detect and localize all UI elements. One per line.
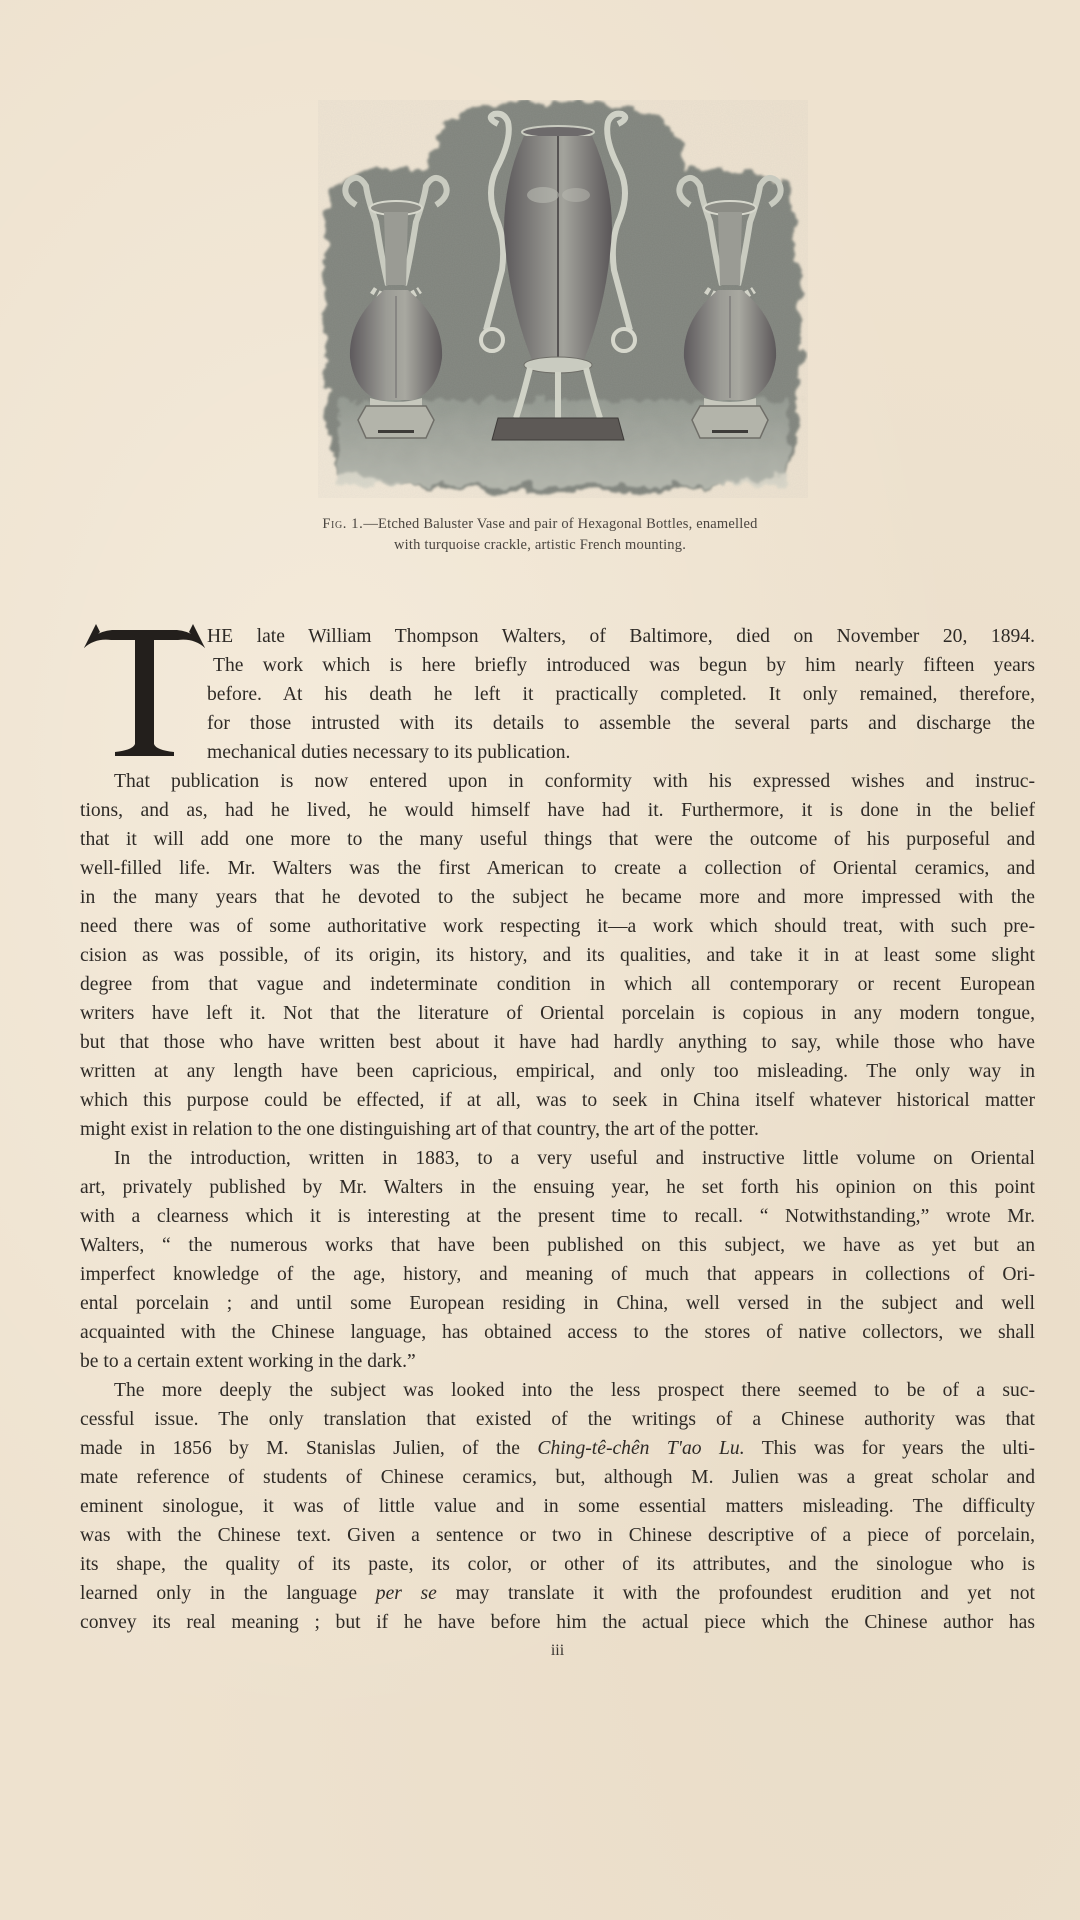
body-line-21: with a clearness which it is interesting… xyxy=(80,1202,1035,1231)
body-line-11: need there was of some authoritative wor… xyxy=(80,912,1035,941)
body-line-22: Walters, “ the numerous works that have … xyxy=(80,1231,1035,1260)
figure-caption-text-line1: —Etched Baluster Vase and pair of Hexago… xyxy=(363,516,757,532)
vases-illustration xyxy=(318,100,808,498)
article-body: HE late William Thompson Walters, of Bal… xyxy=(80,622,1035,1637)
body-line-16: written at any length have been capricio… xyxy=(80,1057,1035,1086)
figure-caption-label: Fig. 1. xyxy=(322,516,363,532)
body-line-12: cision as was possible, of its origin, i… xyxy=(80,941,1035,970)
body-line-9: well-filled life. Mr. Walters was the fi… xyxy=(80,854,1035,883)
body-line-30: mate reference of students of Chinese ce… xyxy=(80,1463,1035,1492)
body-line-7: tions, and as, had he lived, he would hi… xyxy=(80,796,1035,825)
figure-caption-text-line2: with turquoise crackle, artistic French … xyxy=(394,537,686,553)
page-number: iii xyxy=(0,1642,1080,1660)
body-line-27: The more deeply the subject was looked i… xyxy=(80,1376,1035,1405)
body-line-2: The work which is here briefly introduce… xyxy=(213,651,1035,680)
body-line-29-end: This was for years the ulti- xyxy=(745,1438,1035,1459)
body-line-33: its shape, the quality of its paste, its… xyxy=(80,1550,1035,1579)
body-line-34-end: may translate it with the profoundest er… xyxy=(437,1583,1035,1604)
body-line-13: degree from that vague and indeterminate… xyxy=(80,970,1035,999)
latin-phrase-italic: per se xyxy=(376,1583,437,1604)
body-line-23: imperfect knowledge of the age, history,… xyxy=(80,1260,1035,1289)
book-title-italic: Ching-tê-chên T'ao Lu. xyxy=(537,1438,744,1459)
body-line-26: be to a certain extent working in the da… xyxy=(80,1347,1035,1376)
body-line-34-start: learned only in the language xyxy=(80,1583,376,1604)
figure-vases-image xyxy=(318,100,808,498)
body-line-28: cessful issue. The only translation that… xyxy=(80,1405,1035,1434)
body-line-6: That publication is now entered upon in … xyxy=(80,767,1035,796)
body-line-32: was with the Chinese text. Given a sente… xyxy=(80,1521,1035,1550)
body-line-10: in the many years that he devoted to the… xyxy=(80,883,1035,912)
body-line-8: that it will add one more to the many us… xyxy=(80,825,1035,854)
body-line-25: acquainted with the Chinese language, ha… xyxy=(80,1318,1035,1347)
body-line-3: before. At his death he left it practica… xyxy=(207,680,1035,709)
body-line-17: which this purpose could be effected, if… xyxy=(80,1086,1035,1115)
body-line-29-start: made in 1856 by M. Stanislas Julien, of … xyxy=(80,1438,537,1459)
body-line-19: In the introduction, written in 1883, to… xyxy=(80,1144,1035,1173)
body-line-1: HE late William Thompson Walters, of Bal… xyxy=(207,622,1035,651)
body-line-4: for those intrusted with its details to … xyxy=(207,709,1035,738)
body-line-18: might exist in relation to the one disti… xyxy=(80,1115,1035,1144)
body-line-35: convey its real meaning ; but if he have… xyxy=(80,1608,1035,1637)
body-line-5: mechanical duties necessary to its publi… xyxy=(207,738,1035,767)
body-line-24: ental porcelain ; and until some Europea… xyxy=(80,1289,1035,1318)
body-line-20: art, privately published by Mr. Walters … xyxy=(80,1173,1035,1202)
body-line-31: eminent sinologue, it was of little valu… xyxy=(80,1492,1035,1521)
body-line-15: but that those who have written best abo… xyxy=(80,1028,1035,1057)
body-line-34: learned only in the language per se may … xyxy=(80,1579,1035,1608)
figure-caption: Fig. 1.—Etched Baluster Vase and pair of… xyxy=(240,514,840,556)
body-line-14: writers have left it. Not that the liter… xyxy=(80,999,1035,1028)
body-line-29: made in 1856 by M. Stanislas Julien, of … xyxy=(80,1434,1035,1463)
